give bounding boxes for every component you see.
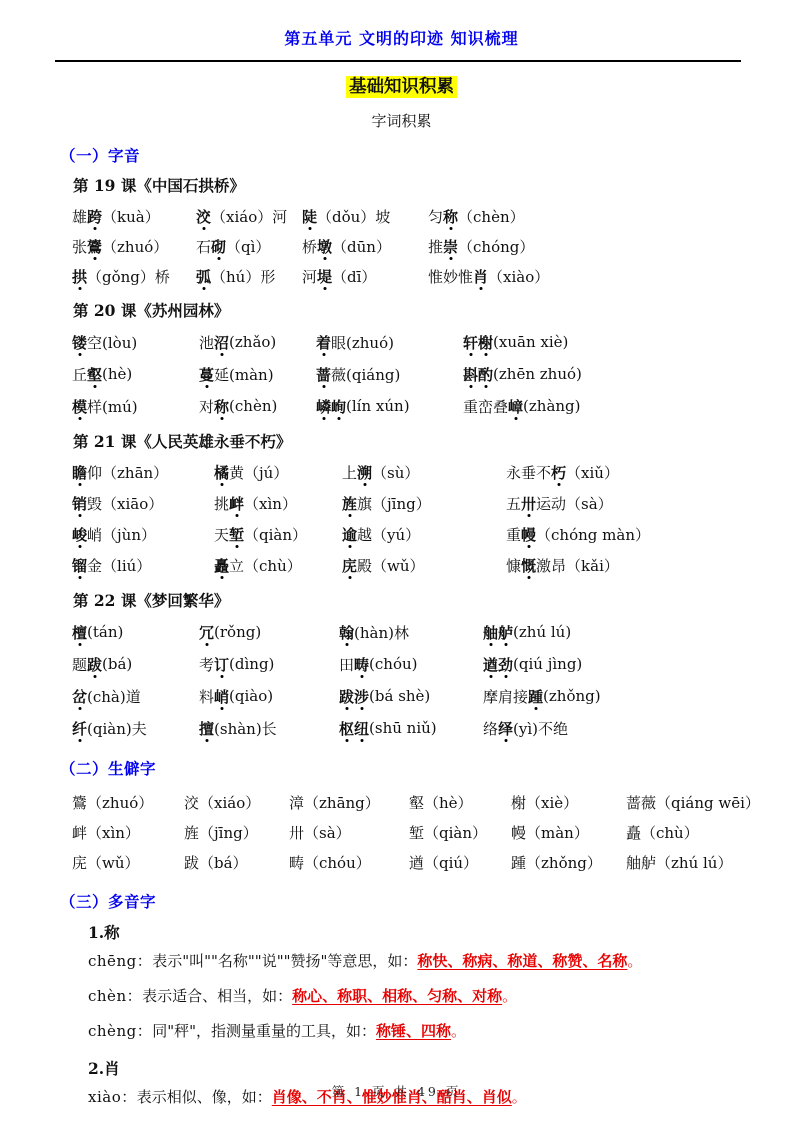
emphasized-char: 跋 (339, 686, 354, 707)
word-item: 拱（gǒng）桥 (72, 261, 196, 291)
word-item: 镂空(lòu) (72, 326, 199, 358)
emphasized-char: 镏 (72, 555, 87, 576)
word-grid: 镂空(lòu)池沼(zhǎo)着眼(zhuó)轩榭(xuān xiè)丘壑(hè… (72, 326, 743, 422)
word-item: 摩肩接踵(zhǒng) (483, 680, 743, 712)
word-item: 上溯（sù） (342, 457, 506, 488)
word-item: 匀称（chèn） (428, 201, 743, 231)
emphasized-char: 纽 (354, 718, 369, 739)
emphasized-char: 轩 (463, 332, 478, 353)
emphasized-char: 墩 (317, 236, 332, 257)
emphasized-char: 岔 (72, 686, 87, 707)
emphasized-char: 擅 (199, 718, 214, 739)
word-item: 纤(qiàn)夫 (72, 712, 199, 744)
emphasized-char: 陡 (302, 206, 317, 227)
polyphone-definition-line: chēng：表示"叫""名称""说""赞扬"等意思，如：称快、称病、称道、称赞、… (88, 943, 743, 978)
word-item: 五卅运动（sà） (506, 488, 743, 519)
document-title: 第五单元 文明的印迹 知识梳理 (60, 26, 743, 49)
word-item: 遒劲(qiú jìng) (483, 648, 743, 680)
emphasized-char: 跨 (87, 206, 102, 227)
emphasized-char: 跋 (87, 654, 102, 675)
word-grid: 雄跨（kuà）洨（xiáo）河陡（dǒu）坡匀称（chèn）张鷟（zhuó）石砌… (72, 201, 743, 291)
emphasized-char: 舻 (498, 622, 513, 643)
emphasized-char: 逾 (342, 524, 357, 545)
word-item: 雄跨（kuà） (72, 201, 196, 231)
pinyin-lead: chēng： (88, 950, 152, 971)
emphasized-char: 瞻 (72, 462, 87, 483)
emphasized-char: 纤 (72, 718, 87, 739)
word-item: 着眼(zhuó) (316, 326, 463, 358)
word-item: 蔓延(màn) (199, 358, 316, 390)
word-item: 重峦叠嶂(zhàng) (463, 390, 743, 422)
sub-heading: 字词积累 (60, 110, 743, 131)
polyphone-character-label: 1.称 (88, 921, 743, 943)
emphasized-char: 沼 (214, 332, 229, 353)
word-item: 弧（hú）形 (196, 261, 302, 291)
emphasized-char: 劲 (498, 654, 513, 675)
lesson-title: 第 20 课《苏州园林》 (73, 299, 743, 321)
word-item: 旌（jīng） (184, 817, 289, 847)
pinyin-lead: chèn： (88, 985, 142, 1006)
word-item: 洨（xiáo） (184, 787, 289, 817)
word-item: 踵（zhǒng） (511, 847, 626, 877)
word-item: 榭（xiè） (511, 787, 626, 817)
word-item: 岔(chà)道 (72, 680, 199, 712)
example-words-highlight: 称心、称职、相称、匀称、对称 (292, 985, 502, 1006)
word-item: 轩榭(xuān xiè) (463, 326, 743, 358)
section-heading: （一）字音 (60, 144, 743, 166)
emphasized-char: 着 (316, 332, 331, 353)
emphasized-char: 涉 (354, 686, 369, 707)
word-item: 陡（dǒu）坡 (302, 201, 428, 231)
word-item: 遒（qiú） (409, 847, 511, 877)
emphasized-char: 衅 (229, 493, 244, 514)
section-heading: （二）生僻字 (60, 757, 743, 779)
emphasized-char: 旌 (342, 493, 357, 514)
word-item: 天堑（qiàn） (214, 519, 342, 550)
header-divider (55, 60, 741, 62)
polyphone-character-label: 2.肖 (88, 1057, 743, 1079)
document-page: 第五单元 文明的印迹 知识梳理 基础知识积累 字词积累 （一）字音第 19 课《… (0, 0, 793, 1122)
emphasized-char: 弧 (196, 266, 211, 287)
emphasized-char: 鷟 (87, 236, 102, 257)
word-item: 料峭(qiào) (199, 680, 339, 712)
sentence-period: 。 (451, 1020, 466, 1041)
lesson-title: 第 19 课《中国石拱桥》 (73, 174, 743, 196)
word-item: 慷慨激昂（kǎi） (506, 550, 743, 581)
emphasized-char: 堑 (229, 524, 244, 545)
example-words-highlight: 称锤、四称 (376, 1020, 451, 1041)
word-item: 考订(dìng) (199, 648, 339, 680)
word-item: 销毁（xiāo） (72, 488, 214, 519)
word-item: 桥墩（dūn） (302, 231, 428, 261)
word-item: 冗(rǒng) (199, 616, 339, 648)
word-grid: 檀(tán)冗(rǒng)翰(hàn)林舳舻(zhú lú)题跋(bá)考订(d… (72, 616, 743, 744)
word-item: 镏金（liú） (72, 550, 214, 581)
emphasized-char: 绎 (498, 718, 513, 739)
highlighted-heading-wrap: 基础知识积累 (60, 73, 743, 98)
word-item: 矗立（chù） (214, 550, 342, 581)
word-item: 跋（bá） (184, 847, 289, 877)
word-item: 河堤（dī） (302, 261, 428, 291)
emphasized-char: 卅 (521, 493, 536, 514)
emphasized-char: 模 (72, 396, 87, 417)
highlighted-heading: 基础知识积累 (346, 76, 457, 98)
emphasized-char: 朽 (551, 462, 566, 483)
emphasized-char: 峋 (331, 396, 346, 417)
word-item: 蔷薇（qiáng wēi） (626, 787, 760, 817)
emphasized-char: 榭 (478, 332, 493, 353)
emphasized-char: 畴 (354, 654, 369, 675)
word-item: 舳舻(zhú lú) (483, 616, 743, 648)
emphasized-char: 矗 (214, 555, 229, 576)
word-item: 逾越（yú） (342, 519, 506, 550)
pinyin-lead: chèng： (88, 1020, 152, 1041)
word-item: 檀(tán) (72, 616, 199, 648)
emphasized-char: 镂 (72, 332, 87, 353)
word-item: 峻峭（jùn） (72, 519, 214, 550)
polyphone-definition-line: chèn：表示适合、相当，如：称心、称职、相称、匀称、对称。 (88, 978, 743, 1013)
word-item: 络绎(yì)不绝 (483, 712, 743, 744)
word-item: 畴（chóu） (289, 847, 409, 877)
word-item: 跋涉(bá shè) (339, 680, 483, 712)
page-number: 第 1 页 共 49 页 (0, 1082, 793, 1100)
sentence-period: 。 (502, 985, 517, 1006)
emphasized-char: 销 (72, 493, 87, 514)
word-item: 丘壑(hè) (72, 358, 199, 390)
word-item: 瞻仰（zhān） (72, 457, 214, 488)
emphasized-char: 峻 (72, 524, 87, 545)
lesson-title: 第 22 课《梦回繁华》 (73, 589, 743, 611)
definition-text: 表示"叫""名称""说""赞扬"等意思，如： (152, 950, 417, 971)
document-body: （一）字音第 19 课《中国石拱桥》雄跨（kuà）洨（xiáo）河陡（dǒu）坡… (60, 144, 743, 1114)
emphasized-char: 舳 (483, 622, 498, 643)
word-item: 枢纽(shū niǔ) (339, 712, 483, 744)
sentence-period: 。 (627, 950, 642, 971)
emphasized-char: 订 (214, 654, 229, 675)
definition-text: 同"秤"，指测量重量的工具，如： (152, 1020, 376, 1041)
word-item: 幔（màn） (511, 817, 626, 847)
emphasized-char: 崇 (443, 236, 458, 257)
emphasized-char: 洨 (196, 206, 211, 227)
emphasized-char: 砌 (211, 236, 226, 257)
word-item: 擅(shàn)长 (199, 712, 339, 744)
word-item: 池沼(zhǎo) (199, 326, 316, 358)
word-item: 舳舻（zhú lú） (626, 847, 760, 877)
emphasized-char: 称 (214, 396, 229, 417)
word-item: 堑（qiàn） (409, 817, 511, 847)
word-item: 壑（hè） (409, 787, 511, 817)
emphasized-char: 肖 (473, 266, 488, 287)
definition-text: 表示适合、相当，如： (142, 985, 292, 1006)
word-grid: 瞻仰（zhān）橘黄（jú）上溯（sù）永垂不朽（xiǔ）销毁（xiāo）挑衅（… (72, 457, 743, 581)
word-item: 橘黄（jú） (214, 457, 342, 488)
word-grid: 鷟（zhuó）洨（xiáo）漳（zhāng）壑（hè）榭（xiè）蔷薇（qián… (72, 787, 743, 877)
emphasized-char: 嶂 (508, 396, 523, 417)
word-item: 衅（xìn） (72, 817, 184, 847)
emphasized-char: 幔 (521, 524, 536, 545)
emphasized-char: 蔓 (199, 364, 214, 385)
emphasized-char: 蔷 (316, 364, 331, 385)
word-item: 永垂不朽（xiǔ） (506, 457, 743, 488)
word-item: 蔷薇(qiáng) (316, 358, 463, 390)
emphasized-char: 翰 (339, 622, 354, 643)
word-item: 鷟（zhuó） (72, 787, 184, 817)
word-item: 翰(hàn)林 (339, 616, 483, 648)
word-item: 田畴(chóu) (339, 648, 483, 680)
emphasized-char: 堤 (317, 266, 332, 287)
word-item: 模样(mú) (72, 390, 199, 422)
section-heading: （三）多音字 (60, 890, 743, 912)
word-item: 对称(chèn) (199, 390, 316, 422)
word-item: 重幔（chóng màn） (506, 519, 743, 550)
word-item: 漳（zhāng） (289, 787, 409, 817)
word-item: 旌旗（jīng） (342, 488, 506, 519)
word-item: 惟妙惟肖（xiào） (428, 261, 743, 291)
emphasized-char: 冗 (199, 622, 214, 643)
emphasized-char: 橘 (214, 462, 229, 483)
emphasized-char: 庑 (342, 555, 357, 576)
emphasized-char: 遒 (483, 654, 498, 675)
lesson-title: 第 21 课《人民英雄永垂不朽》 (73, 430, 743, 452)
emphasized-char: 嶙 (316, 396, 331, 417)
word-item: 洨（xiáo）河 (196, 201, 302, 231)
word-item: 卅（sà） (289, 817, 409, 847)
emphasized-char: 溯 (357, 462, 372, 483)
word-item: 嶙峋(lín xún) (316, 390, 463, 422)
word-item: 张鷟（zhuó） (72, 231, 196, 261)
emphasized-char: 踵 (528, 686, 543, 707)
example-words-highlight: 称快、称病、称道、称赞、名称 (417, 950, 627, 971)
word-item: 石砌（qì） (196, 231, 302, 261)
word-item: 推崇（chóng） (428, 231, 743, 261)
word-item: 矗（chù） (626, 817, 760, 847)
polyphone-definition-line: chèng：同"秤"，指测量重量的工具，如：称锤、四称。 (88, 1013, 743, 1048)
emphasized-char: 枢 (339, 718, 354, 739)
word-item: 挑衅（xìn） (214, 488, 342, 519)
emphasized-char: 称 (443, 206, 458, 227)
emphasized-char: 拱 (72, 266, 87, 287)
word-item: 庑（wǔ） (72, 847, 184, 877)
emphasized-char: 檀 (72, 622, 87, 643)
emphasized-char: 慨 (521, 555, 536, 576)
emphasized-char: 斟 (463, 364, 478, 385)
emphasized-char: 酌 (478, 364, 493, 385)
emphasized-char: 峭 (214, 686, 229, 707)
word-item: 题跋(bá) (72, 648, 199, 680)
word-item: 庑殿（wǔ） (342, 550, 506, 581)
emphasized-char: 壑 (87, 364, 102, 385)
word-item: 斟酌(zhēn zhuó) (463, 358, 743, 390)
